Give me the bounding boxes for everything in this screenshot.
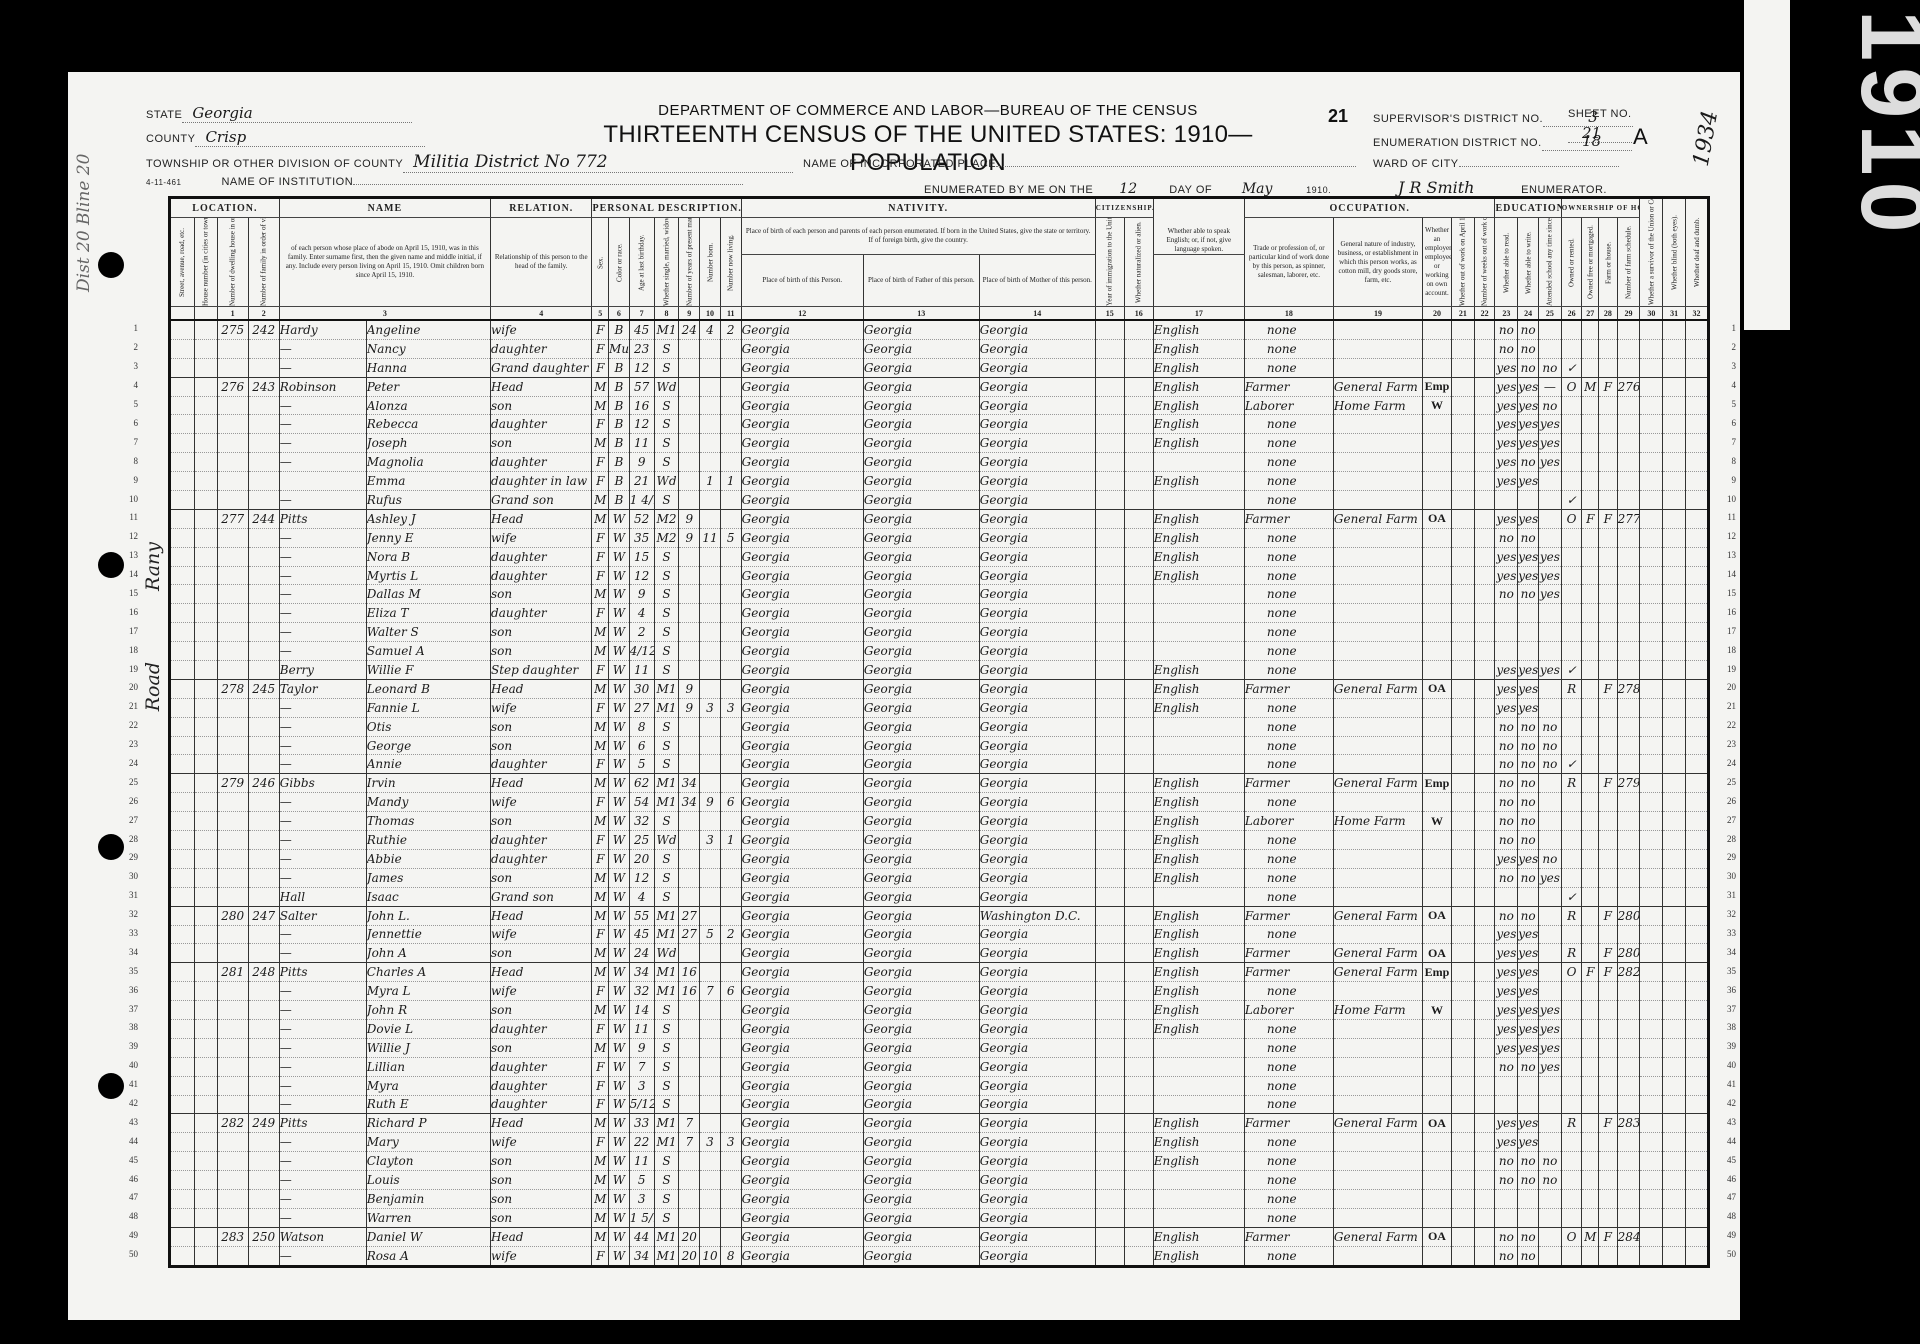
empty-cell xyxy=(1451,358,1474,377)
empty-cell xyxy=(1124,831,1153,850)
empty-cell xyxy=(170,736,195,755)
father-birthplace-cell: Georgia xyxy=(863,623,979,642)
empty-cell xyxy=(1095,1227,1124,1246)
industry-cell xyxy=(1333,1171,1422,1190)
attended-school-cell: no xyxy=(1538,358,1561,377)
dwelling-number-cell xyxy=(217,812,248,831)
empty-cell xyxy=(1474,320,1495,339)
trade-cell: none xyxy=(1244,1057,1333,1076)
employment-class-cell xyxy=(1422,868,1451,887)
trade-cell: none xyxy=(1244,1208,1333,1227)
table-row: —Myra LwifeFW32M11676GeorgiaGeorgiaGeorg… xyxy=(170,982,1709,1001)
surname-cell: — xyxy=(279,1133,366,1152)
empty-cell xyxy=(1095,1095,1124,1114)
owned-rented-cell xyxy=(1561,320,1582,339)
children-living-cell xyxy=(720,812,741,831)
father-birthplace-cell: Georgia xyxy=(863,1133,979,1152)
farm-schedule-cell: 280 xyxy=(1617,906,1640,925)
employment-class-cell xyxy=(1422,1171,1451,1190)
age-cell: 2 xyxy=(629,623,654,642)
farm-schedule-cell xyxy=(1617,604,1640,623)
free-mortgaged-cell xyxy=(1582,434,1599,453)
farm-schedule-cell: 279 xyxy=(1617,774,1640,793)
relation-cell: Head xyxy=(491,1114,592,1133)
county-value: Crisp xyxy=(195,128,425,147)
line-number: 17 xyxy=(118,626,138,645)
given-name-cell: Rebecca xyxy=(366,415,490,434)
empty-cell xyxy=(1095,509,1124,528)
empty-cell xyxy=(1640,528,1663,547)
can-write-cell xyxy=(1518,887,1539,906)
industry-cell xyxy=(1333,528,1422,547)
farm-schedule-cell xyxy=(1617,566,1640,585)
color-cell: W xyxy=(609,1133,630,1152)
can-read-cell: yes xyxy=(1495,1038,1518,1057)
empty-cell xyxy=(170,604,195,623)
farm-schedule-cell: 277 xyxy=(1617,509,1640,528)
birthplace-cell: Georgia xyxy=(741,679,863,698)
farm-schedule-cell xyxy=(1617,698,1640,717)
line-number: 38 xyxy=(118,1022,138,1041)
children-born-cell: 7 xyxy=(700,982,721,1001)
owned-rented-cell xyxy=(1561,1171,1582,1190)
attended-school-cell xyxy=(1538,604,1561,623)
empty-cell xyxy=(194,1171,217,1190)
children-living-cell xyxy=(720,453,741,472)
line-number: 49 xyxy=(118,1230,138,1249)
line-number: 35 xyxy=(1716,966,1736,985)
dwelling-number-cell: 280 xyxy=(217,906,248,925)
empty-cell xyxy=(1685,377,1708,396)
column-number: 2 xyxy=(248,307,279,321)
birthplace-cell: Georgia xyxy=(741,1246,863,1266)
empty-cell xyxy=(1663,717,1686,736)
can-read-cell: yes xyxy=(1495,566,1518,585)
farm-schedule-cell xyxy=(1617,1152,1640,1171)
farm-schedule-cell xyxy=(1617,320,1640,339)
age-cell: 15 xyxy=(629,547,654,566)
owned-rented-cell xyxy=(1561,1019,1582,1038)
children-living-cell xyxy=(720,1095,741,1114)
farm-house-cell xyxy=(1599,434,1618,453)
group-name: NAME xyxy=(279,198,490,218)
column-number: 17 xyxy=(1153,307,1244,321)
children-living-cell: 2 xyxy=(720,925,741,944)
attended-school-cell: yes xyxy=(1538,566,1561,585)
years-married-cell xyxy=(679,1038,700,1057)
years-married-cell xyxy=(679,1001,700,1020)
line-number: 34 xyxy=(118,947,138,966)
line-number: 36 xyxy=(1716,985,1736,1004)
years-married-cell xyxy=(679,585,700,604)
empty-cell xyxy=(1474,1208,1495,1227)
empty-cell xyxy=(194,339,217,358)
mother-birthplace-cell: Georgia xyxy=(979,755,1095,774)
children-living-cell xyxy=(720,1171,741,1190)
attended-school-cell: no xyxy=(1538,1152,1561,1171)
can-read-cell: no xyxy=(1495,793,1518,812)
free-mortgaged-cell xyxy=(1582,453,1599,472)
industry-cell xyxy=(1333,472,1422,491)
relation-cell: wife xyxy=(491,982,592,1001)
family-number-cell xyxy=(248,566,279,585)
given-name-cell: Lillian xyxy=(366,1057,490,1076)
empty-cell xyxy=(1640,415,1663,434)
age-cell: 22 xyxy=(629,1133,654,1152)
family-number-cell xyxy=(248,1095,279,1114)
relation-cell: son xyxy=(491,1001,592,1020)
father-birthplace-cell: Georgia xyxy=(863,1114,979,1133)
owned-rented-cell xyxy=(1561,585,1582,604)
empty-cell xyxy=(1640,509,1663,528)
employment-class-cell xyxy=(1422,982,1451,1001)
empty-cell xyxy=(170,793,195,812)
table-row: —OtissonMW8SGeorgiaGeorgiaGeorgianonenon… xyxy=(170,717,1709,736)
empty-cell xyxy=(1640,1038,1663,1057)
father-birthplace-cell: Georgia xyxy=(863,1152,979,1171)
column-number: 7 xyxy=(629,307,654,321)
empty-cell xyxy=(1474,982,1495,1001)
surname-cell: — xyxy=(279,396,366,415)
color-cell: W xyxy=(609,774,630,793)
empty-cell xyxy=(1640,377,1663,396)
birthplace-cell: Georgia xyxy=(741,320,863,339)
table-row: —Dovie LdaughterFW11SGeorgiaGeorgiaGeorg… xyxy=(170,1019,1709,1038)
mother-birthplace-cell: Georgia xyxy=(979,509,1095,528)
children-living-cell xyxy=(720,849,741,868)
dwelling-number-cell xyxy=(217,1152,248,1171)
enumerated-label: Enumerated by me on the xyxy=(924,184,1093,196)
trade-cell: Farmer xyxy=(1244,944,1333,963)
dwelling-number-cell xyxy=(217,415,248,434)
years-married-cell: 24 xyxy=(679,320,700,339)
line-number: 3 xyxy=(1716,361,1736,380)
industry-cell: Home Farm xyxy=(1333,812,1422,831)
employment-class-cell: OA xyxy=(1422,1227,1451,1246)
empty-cell xyxy=(170,925,195,944)
empty-cell xyxy=(1640,661,1663,680)
mother-birthplace-cell: Georgia xyxy=(979,963,1095,982)
mother-birthplace-cell: Georgia xyxy=(979,642,1095,661)
free-mortgaged-cell: F xyxy=(1582,509,1599,528)
children-living-cell xyxy=(720,396,741,415)
free-mortgaged-cell xyxy=(1582,1114,1599,1133)
empty-cell xyxy=(170,1001,195,1020)
farm-schedule-cell xyxy=(1617,868,1640,887)
line-number: 10 xyxy=(1716,494,1736,513)
industry-cell xyxy=(1333,623,1422,642)
mother-birthplace-cell: Georgia xyxy=(979,1246,1095,1266)
relation-cell: Head xyxy=(491,906,592,925)
mother-birthplace-cell: Georgia xyxy=(979,1095,1095,1114)
industry-cell xyxy=(1333,604,1422,623)
industry-cell: Home Farm xyxy=(1333,1001,1422,1020)
marital-status-cell: S xyxy=(654,434,679,453)
farm-house-cell xyxy=(1599,339,1618,358)
header-owned: Owned or rented. xyxy=(1561,218,1582,307)
empty-cell xyxy=(1685,1095,1708,1114)
dwelling-number-cell xyxy=(217,358,248,377)
can-read-cell xyxy=(1495,623,1518,642)
empty-cell xyxy=(1663,642,1686,661)
empty-cell xyxy=(1124,868,1153,887)
enumeration-date: Enumerated by me on the 12 day of May 19… xyxy=(924,178,1607,198)
can-read-cell: no xyxy=(1495,774,1518,793)
employment-class-cell xyxy=(1422,887,1451,906)
farm-schedule-cell xyxy=(1617,415,1640,434)
empty-cell xyxy=(1095,906,1124,925)
can-write-cell: no xyxy=(1518,755,1539,774)
empty-cell xyxy=(170,320,195,339)
dwelling-number-cell xyxy=(217,604,248,623)
children-living-cell xyxy=(720,566,741,585)
can-write-cell: no xyxy=(1518,717,1539,736)
marital-status-cell: M1 xyxy=(654,925,679,944)
given-name-cell: Dovie L xyxy=(366,1019,490,1038)
empty-cell xyxy=(1095,963,1124,982)
attended-school-cell: yes xyxy=(1538,415,1561,434)
empty-cell xyxy=(1095,1057,1124,1076)
empty-cell xyxy=(170,396,195,415)
color-cell: W xyxy=(609,1019,630,1038)
trade-cell: none xyxy=(1244,358,1333,377)
empty-cell xyxy=(1640,623,1663,642)
sex-cell: F xyxy=(592,1095,609,1114)
farm-house-cell xyxy=(1599,793,1618,812)
marital-status-cell: S xyxy=(654,661,679,680)
line-number: 22 xyxy=(118,720,138,739)
line-number: 2 xyxy=(118,342,138,361)
children-living-cell: 3 xyxy=(720,698,741,717)
empty-cell xyxy=(1124,604,1153,623)
children-living-cell: 5 xyxy=(720,528,741,547)
attended-school-cell xyxy=(1538,982,1561,1001)
free-mortgaged-cell xyxy=(1582,566,1599,585)
surname-cell: — xyxy=(279,793,366,812)
birthplace-cell: Georgia xyxy=(741,831,863,850)
children-living-cell xyxy=(720,1152,741,1171)
empty-cell xyxy=(1451,661,1474,680)
farm-schedule-cell xyxy=(1617,982,1640,1001)
line-number: 38 xyxy=(1716,1022,1736,1041)
attended-school-cell xyxy=(1538,339,1561,358)
empty-cell xyxy=(1124,679,1153,698)
employment-class-cell xyxy=(1422,925,1451,944)
empty-cell xyxy=(194,868,217,887)
header-birth-mother: Place of birth of Mother of this person. xyxy=(979,255,1095,307)
children-living-cell xyxy=(720,717,741,736)
relation-cell: Head xyxy=(491,509,592,528)
surname-cell: Hall xyxy=(279,887,366,906)
mother-birthplace-cell: Georgia xyxy=(979,868,1095,887)
sex-cell: F xyxy=(592,1246,609,1266)
empty-cell xyxy=(1451,1095,1474,1114)
empty-cell xyxy=(170,1019,195,1038)
trade-cell: none xyxy=(1244,793,1333,812)
years-married-cell: 20 xyxy=(679,1227,700,1246)
empty-cell xyxy=(1451,793,1474,812)
years-married-cell xyxy=(679,377,700,396)
speaks-english-cell: English xyxy=(1153,774,1244,793)
family-number-cell xyxy=(248,755,279,774)
birthplace-cell: Georgia xyxy=(741,1114,863,1133)
sex-cell: F xyxy=(592,698,609,717)
children-living-cell xyxy=(720,1227,741,1246)
empty-cell xyxy=(194,755,217,774)
empty-cell xyxy=(1685,982,1708,1001)
empty-cell xyxy=(1451,528,1474,547)
color-cell: W xyxy=(609,528,630,547)
birthplace-cell: Georgia xyxy=(741,1076,863,1095)
children-born-cell xyxy=(700,1114,721,1133)
father-birthplace-cell: Georgia xyxy=(863,509,979,528)
employment-class-cell xyxy=(1422,491,1451,510)
empty-cell xyxy=(1663,1114,1686,1133)
marital-status-cell: S xyxy=(654,717,679,736)
speaks-english-cell xyxy=(1153,1038,1244,1057)
speaks-english-cell: English xyxy=(1153,415,1244,434)
empty-cell xyxy=(1685,755,1708,774)
color-cell: W xyxy=(609,566,630,585)
empty-cell xyxy=(1685,491,1708,510)
age-cell: 12 xyxy=(629,358,654,377)
family-number-cell xyxy=(248,528,279,547)
birthplace-cell: Georgia xyxy=(741,415,863,434)
birthplace-cell: Georgia xyxy=(741,1095,863,1114)
surname-cell: — xyxy=(279,585,366,604)
children-born-cell xyxy=(700,661,721,680)
trade-cell: none xyxy=(1244,1246,1333,1266)
age-cell: 44 xyxy=(629,1227,654,1246)
farm-schedule-cell xyxy=(1617,396,1640,415)
father-birthplace-cell: Georgia xyxy=(863,547,979,566)
can-read-cell: no xyxy=(1495,831,1518,850)
industry-cell xyxy=(1333,585,1422,604)
empty-cell xyxy=(170,1133,195,1152)
empty-cell xyxy=(1685,339,1708,358)
header-industry: General nature of industry, business, or… xyxy=(1333,218,1422,307)
mother-birthplace-cell: Georgia xyxy=(979,812,1095,831)
attended-school-cell xyxy=(1538,509,1561,528)
header-blind: Whether blind (both eyes). xyxy=(1663,198,1686,307)
sex-cell: M xyxy=(592,1038,609,1057)
can-read-cell: no xyxy=(1495,339,1518,358)
relation-cell: son xyxy=(491,1171,592,1190)
line-number: 7 xyxy=(1716,437,1736,456)
family-number-cell xyxy=(248,396,279,415)
marital-status-cell: M1 xyxy=(654,906,679,925)
father-birthplace-cell: Georgia xyxy=(863,906,979,925)
empty-cell xyxy=(1124,944,1153,963)
line-number: 5 xyxy=(1716,399,1736,418)
header-immigration: Year of immigration to the United States… xyxy=(1095,218,1124,307)
empty-cell xyxy=(1663,547,1686,566)
empty-cell xyxy=(1640,1189,1663,1208)
surname-cell: — xyxy=(279,1001,366,1020)
empty-cell xyxy=(1474,453,1495,472)
trade-cell: none xyxy=(1244,320,1333,339)
free-mortgaged-cell xyxy=(1582,944,1599,963)
dwelling-number-cell xyxy=(217,831,248,850)
farm-schedule-cell xyxy=(1617,887,1640,906)
dwelling-number-cell xyxy=(217,434,248,453)
relation-cell: son xyxy=(491,812,592,831)
father-birthplace-cell: Georgia xyxy=(863,698,979,717)
owned-rented-cell xyxy=(1561,604,1582,623)
years-married-cell xyxy=(679,604,700,623)
empty-cell xyxy=(1095,755,1124,774)
empty-cell xyxy=(1095,1171,1124,1190)
sex-cell: F xyxy=(592,982,609,1001)
owned-rented-cell: R xyxy=(1561,906,1582,925)
relation-cell: son xyxy=(491,642,592,661)
farm-schedule-cell xyxy=(1617,1038,1640,1057)
empty-cell xyxy=(1095,1001,1124,1020)
attended-school-cell xyxy=(1538,925,1561,944)
table-row: 275242HardyAngelinewifeFB45M12442Georgia… xyxy=(170,320,1709,339)
children-born-cell xyxy=(700,963,721,982)
color-cell: W xyxy=(609,736,630,755)
empty-cell xyxy=(1640,698,1663,717)
empty-cell xyxy=(1663,415,1686,434)
dwelling-number-cell xyxy=(217,868,248,887)
column-number: 22 xyxy=(1474,307,1495,321)
employment-class-cell xyxy=(1422,755,1451,774)
attended-school-cell xyxy=(1538,623,1561,642)
table-row: —Walter SsonMW2SGeorgiaGeorgiaGeorgianon… xyxy=(170,623,1709,642)
line-number: 19 xyxy=(118,664,138,683)
father-birthplace-cell: Georgia xyxy=(863,528,979,547)
line-number: 7 xyxy=(118,437,138,456)
table-row: BerryWillie FStep daughterFW11SGeorgiaGe… xyxy=(170,661,1709,680)
empty-cell xyxy=(1640,320,1663,339)
sex-cell: M xyxy=(592,434,609,453)
line-number: 39 xyxy=(1716,1041,1736,1060)
header-name-desc: of each person whose place of abode on A… xyxy=(279,218,490,307)
relation-cell: son xyxy=(491,1038,592,1057)
relation-cell: daughter xyxy=(491,831,592,850)
empty-cell xyxy=(194,1057,217,1076)
birthplace-cell: Georgia xyxy=(741,906,863,925)
column-number: 26 xyxy=(1561,307,1582,321)
trade-cell: none xyxy=(1244,831,1333,850)
line-number: 28 xyxy=(1716,834,1736,853)
years-married-cell xyxy=(679,642,700,661)
industry-cell xyxy=(1333,320,1422,339)
speaks-english-cell xyxy=(1153,887,1244,906)
group-location: LOCATION. xyxy=(170,198,280,218)
color-cell: B xyxy=(609,472,630,491)
can-write-cell: yes xyxy=(1518,415,1539,434)
sex-cell: F xyxy=(592,1076,609,1095)
mother-birthplace-cell: Georgia xyxy=(979,1076,1095,1095)
line-number: 1 xyxy=(1716,323,1736,342)
can-write-cell: yes xyxy=(1518,849,1539,868)
empty-cell xyxy=(1095,661,1124,680)
farm-schedule-cell xyxy=(1617,1246,1640,1266)
ward: Ward of city xyxy=(1373,154,1619,170)
family-number-cell xyxy=(248,1019,279,1038)
column-number: 15 xyxy=(1095,307,1124,321)
surname-cell xyxy=(279,472,366,491)
farm-house-cell xyxy=(1599,1133,1618,1152)
empty-cell xyxy=(170,1076,195,1095)
line-number: 25 xyxy=(1716,777,1736,796)
given-name-cell: Alonza xyxy=(366,396,490,415)
children-born-cell xyxy=(700,339,721,358)
relation-cell: wife xyxy=(491,320,592,339)
mother-birthplace-cell: Georgia xyxy=(979,1133,1095,1152)
